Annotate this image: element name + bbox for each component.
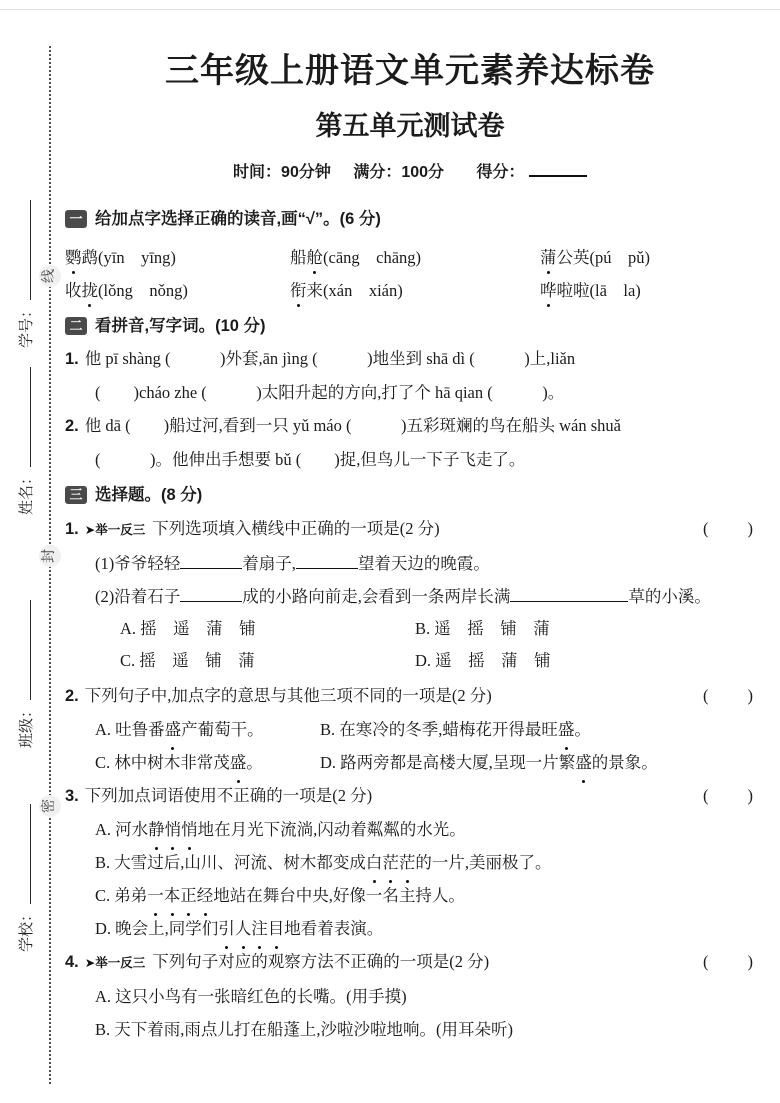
section-2-number-icon: 二: [65, 317, 87, 335]
margin-label-student-id: 学号：: [15, 200, 36, 348]
full-score-label: 满分：100分: [353, 164, 444, 181]
question-1-options-row-1: A. 摇 遥 蒲 铺 B. 遥 摇 铺 蒲: [65, 613, 755, 645]
option-b: B. 遥 摇 铺 蒲: [415, 613, 755, 645]
answer-bracket: ( ): [703, 512, 755, 545]
question-3-line: 3. 下列加点词语使用不正确的一项是(2 分) ( ): [65, 779, 755, 813]
section-2-header: 二 看拼音,写字词。(10 分): [65, 315, 755, 337]
question-2-options-row-2: C. 林中树木非常茂盛。 D. 路两旁都是高楼大厦,呈现一片繁盛的景象。: [65, 746, 755, 779]
section-1-number-icon: 一: [65, 210, 87, 228]
answer-bracket: ( ): [703, 679, 755, 712]
pronunciation-row-2: 收拢(lǒng nǒng) 衔来(xán xián) 哗啦啦(lā la): [65, 279, 755, 303]
option-b: B. 大雪过后,山川、河流、树木都变成白茫茫的一片,美丽极了。: [65, 846, 755, 879]
section-2-title: 看拼音,写字词。(10 分): [95, 315, 266, 337]
word-item: 衔来(xán xián): [290, 279, 540, 303]
paper-content: 三年级上册语文单元素养达标卷 第五单元测试卷 时间：90分钟 满分：100分 得…: [65, 40, 755, 1046]
seal-char-feng: 封: [39, 545, 61, 567]
name-label: 姓名：: [19, 470, 35, 515]
juyifansan-tag: ➤举一反三: [85, 947, 145, 980]
word-item: 船舱(cāng chāng): [290, 246, 540, 270]
question-1-sub-1: (1)爷爷轻轻着扇子,望着天边的晚霞。: [65, 547, 755, 580]
paper-title: 三年级上册语文单元素养达标卷: [65, 50, 755, 94]
section-1-title: 给加点字选择正确的读音,画“√”。(6 分): [95, 208, 381, 230]
option-c: C. 摇 遥 铺 蒲: [120, 645, 415, 677]
pinyin-line: ( )cháo zhe ( )太阳升起的方向,打了个 hā qian ( )。: [65, 376, 755, 409]
top-scan-rule: [0, 9, 780, 10]
question-stem: 下列句子对应的观察方法不正确的一项是(2 分): [152, 945, 489, 978]
question-stem: 下列句子中,加点字的意思与其他三项不同的一项是(2 分): [85, 679, 492, 712]
student-id-label: 学号：: [19, 303, 35, 348]
pinyin-line-text: ( )cháo zhe ( )太阳升起的方向,打了个 hā qian ( )。: [95, 383, 564, 402]
question-number: 2.: [65, 680, 79, 713]
score-blank: [529, 162, 587, 177]
pinyin-writing-block: 1.他 pī shàng ( )外套,ān jìng ( )地坐到 shā dì…: [65, 342, 755, 476]
pinyin-line: 2.他 dā ( )船过河,看到一只 yǔ máo ( )五彩斑斓的鸟在船头 w…: [65, 409, 755, 443]
question-stem: 下列选项填入横线中正确的一项是(2 分): [152, 512, 439, 545]
item-number: 1.: [65, 350, 79, 368]
option-c: C. 林中树木非常茂盛。: [95, 746, 320, 779]
pinyin-line: 1.他 pī shàng ( )外套,ān jìng ( )地坐到 shā dì…: [65, 342, 755, 376]
school-blank: [15, 804, 31, 904]
option-d: D. 晚会上,同学们引人注目地看着表演。: [65, 912, 755, 945]
school-label: 学校：: [19, 907, 35, 952]
pinyin-line-text: 他 dā ( )船过河,看到一只 yǔ máo ( )五彩斑斓的鸟在船头 wán…: [85, 416, 621, 435]
option-b: B. 天下着雨,雨点儿打在船蓬上,沙啦沙啦地响。(用耳朵听): [65, 1013, 755, 1046]
class-blank: [15, 600, 31, 700]
time-label: 时间：90分钟: [233, 164, 331, 181]
class-label: 班级：: [19, 703, 35, 748]
option-a: A. 这只小鸟有一张暗红色的长嘴。(用手摸): [65, 980, 755, 1013]
question-number: 4.: [65, 946, 79, 979]
option-b: B. 在寒冷的冬季,蜡梅花开得最旺盛。: [320, 713, 755, 746]
margin-label-school: 学校：: [15, 804, 36, 952]
section-3-number-icon: 三: [65, 486, 87, 504]
pinyin-line: ( )。他伸出手想要 bǔ ( )捉,但鸟儿一下子飞走了。: [65, 443, 755, 476]
section-3-title: 选择题。(8 分): [95, 484, 202, 506]
option-c: C. 弟弟一本正经地站在舞台中央,好像一名主持人。: [65, 879, 755, 912]
question-2-options-row-1: A. 吐鲁番盛产葡萄干。 B. 在寒冷的冬季,蜡梅花开得最旺盛。: [65, 713, 755, 746]
pinyin-line-text: ( )。他伸出手想要 bǔ ( )捉,但鸟儿一下子飞走了。: [95, 450, 525, 469]
question-1-options-row-2: C. 摇 遥 铺 蒲 D. 遥 摇 蒲 铺: [65, 645, 755, 677]
option-a: A. 吐鲁番盛产葡萄干。: [95, 713, 320, 746]
pinyin-line-text: 他 pī shàng ( )外套,ān jìng ( )地坐到 shā dì (…: [85, 349, 575, 368]
student-id-blank: [15, 200, 31, 300]
score-label: 得分：: [476, 164, 524, 181]
word-item: 收拢(lǒng nǒng): [65, 279, 290, 303]
seal-char-mi: 密: [39, 795, 61, 817]
pronunciation-row-1: 鹦鹉(yīn yīng) 船舱(cāng chāng) 蒲公英(pú pǔ): [65, 246, 755, 270]
exam-info-line: 时间：90分钟 满分：100分 得分：: [65, 162, 755, 184]
margin-label-class: 班级：: [15, 600, 36, 748]
seal-char-xian: 线: [39, 265, 61, 287]
word-item: 哗啦啦(lā la): [540, 279, 755, 303]
question-4-line: 4. ➤举一反三 下列句子对应的观察方法不正确的一项是(2 分) ( ): [65, 945, 755, 980]
option-d: D. 路两旁都是高楼大厦,呈现一片繁盛的景象。: [320, 746, 755, 779]
answer-bracket: ( ): [703, 779, 755, 812]
word-item: 鹦鹉(yīn yīng): [65, 246, 290, 270]
juyifansan-tag: ➤举一反三: [85, 514, 145, 547]
option-a: A. 摇 遥 蒲 铺: [120, 613, 415, 645]
option-a: A. 河水静悄悄地在月光下流淌,闪动着粼粼的水光。: [65, 813, 755, 846]
question-number: 1.: [65, 513, 79, 546]
question-stem: 下列加点词语使用不正确的一项是(2 分): [85, 779, 372, 812]
question-number: 3.: [65, 780, 79, 813]
question-1-line: 1. ➤举一反三 下列选项填入横线中正确的一项是(2 分) ( ): [65, 512, 755, 547]
question-2-line: 2. 下列句子中,加点字的意思与其他三项不同的一项是(2 分) ( ): [65, 679, 755, 713]
section-3-header: 三 选择题。(8 分): [65, 484, 755, 506]
name-blank: [15, 367, 31, 467]
option-d: D. 遥 摇 蒲 铺: [415, 645, 755, 677]
item-number: 2.: [65, 417, 79, 435]
section-1-header: 一 给加点字选择正确的读音,画“√”。(6 分): [65, 208, 755, 230]
answer-bracket: ( ): [703, 945, 755, 978]
margin-label-name: 姓名：: [15, 367, 36, 515]
word-item: 蒲公英(pú pǔ): [540, 246, 755, 270]
paper-subtitle: 第五单元测试卷: [65, 108, 755, 144]
question-1-sub-2: (2)沿着石子成的小路向前走,会看到一条两岸长满草的小溪。: [65, 580, 755, 613]
